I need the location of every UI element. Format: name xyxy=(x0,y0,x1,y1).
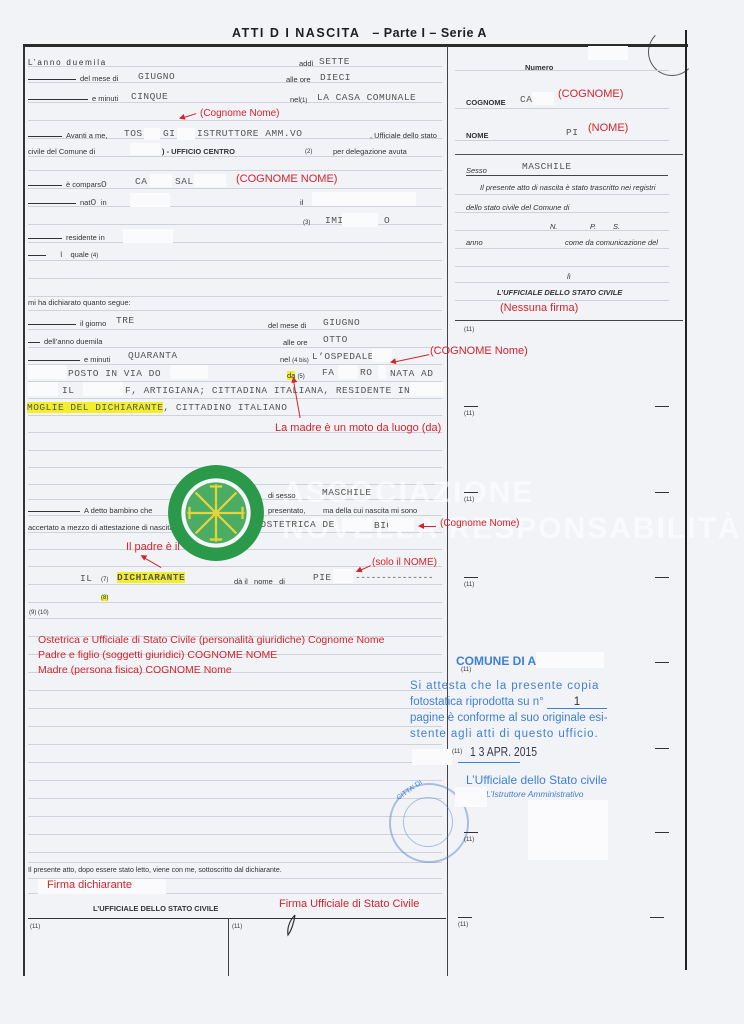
nel2-label: nel (4 bis) xyxy=(280,355,309,364)
li-label: lì xyxy=(567,272,571,281)
redaction xyxy=(177,128,195,140)
mark-11-right-8: (11) xyxy=(458,922,468,928)
redaction xyxy=(410,382,444,396)
round-stamp-top-right xyxy=(648,28,696,76)
form-line xyxy=(28,690,442,691)
annotation-padre: Il padre è il xyxy=(126,541,180,553)
annotation-note-1: Ostetrica e Ufficiale di Stato Civile (p… xyxy=(38,634,384,646)
mark3-value-2: O xyxy=(384,215,390,226)
mark-8: (8) xyxy=(101,595,108,601)
dichiarante-value: DICHIARANTE xyxy=(117,572,185,583)
annotation-arrow xyxy=(392,354,429,363)
stamp-date: 1 3 APR. 2015 xyxy=(470,744,537,759)
n-label: N. xyxy=(550,222,558,231)
form-line xyxy=(28,726,442,727)
quale-row: l quale (4) xyxy=(28,250,98,259)
posto-value: POSTO IN VIA DO xyxy=(68,368,161,379)
right-section-divider xyxy=(455,320,683,321)
form-line xyxy=(28,602,442,603)
form-line xyxy=(28,798,442,799)
stamp-line-4: stente agli atti di questo ufficio. xyxy=(410,728,599,740)
right-divider xyxy=(455,154,683,155)
dash-mark xyxy=(655,492,669,493)
nato-row: natO in xyxy=(28,197,107,208)
residente-row: residente in xyxy=(28,233,105,242)
form-line xyxy=(28,278,442,279)
form-line xyxy=(455,212,669,213)
cognome-label: COGNOME xyxy=(466,98,506,107)
redaction xyxy=(388,518,414,531)
nel-label: nel(1) xyxy=(290,95,307,104)
dash-mark xyxy=(655,662,669,663)
anno-right-label: anno xyxy=(466,238,483,247)
dash-mark xyxy=(655,577,669,578)
form-line xyxy=(28,296,442,297)
stamp-line-3: pagine è conforme al suo originale esi- xyxy=(410,712,608,724)
nome-value: PIE xyxy=(313,572,332,583)
annotation-cognome-nome-hospital: (COGNOME Nome) xyxy=(430,345,528,357)
form-line xyxy=(28,170,442,171)
form-line xyxy=(28,347,442,348)
annotation-cognome-nome-officer: (Cognome Nome) xyxy=(200,108,279,119)
redaction xyxy=(28,382,58,396)
dash-mark xyxy=(650,917,664,918)
form-line xyxy=(28,120,442,121)
signature-mark-icon xyxy=(284,913,298,937)
form-line xyxy=(28,744,442,745)
redaction xyxy=(532,92,554,105)
mese2-value: GIUGNO xyxy=(323,317,360,328)
mese-value: GIUGNO xyxy=(138,71,175,82)
redaction xyxy=(28,365,66,379)
mark-11-right-4: (11) xyxy=(464,582,474,588)
mark-3: (3) xyxy=(303,220,310,226)
comune-value: ) - UFFICIO CENTRO xyxy=(162,147,235,156)
form-line xyxy=(28,310,442,311)
annotation-nome: (NOME) xyxy=(588,122,628,134)
redaction xyxy=(378,365,386,379)
annotation-nessuna-firma: (Nessuna firma) xyxy=(500,302,578,314)
annotation-madre-da: La madre è un moto da luogo (da) xyxy=(275,422,441,434)
comune-mark: (2) xyxy=(305,149,312,155)
stato-civile-text: dello stato civile del Comune di xyxy=(466,203,569,212)
mark-11-right-2: (11) xyxy=(464,411,474,417)
p-label: P. xyxy=(590,222,596,231)
form-line xyxy=(455,70,669,71)
il3-value: IL xyxy=(80,573,92,584)
form-line xyxy=(28,398,442,399)
moglie-text: MOGLIE DEL DICHIARANTE, CITTADINO ITALIA… xyxy=(27,402,287,413)
addi-value: SETTE xyxy=(319,56,350,67)
ufficiale-label: , Ufficiale dello stato xyxy=(370,131,437,140)
nata-ad: NATA AD xyxy=(390,368,433,379)
form-line xyxy=(28,242,442,243)
dash-mark xyxy=(458,917,472,918)
delegazione-label: per delegazione avuta xyxy=(333,147,407,156)
avanti-row: Avanti a me, xyxy=(28,131,108,140)
madre-value-2: RO xyxy=(360,367,372,378)
form-line xyxy=(28,329,442,330)
mese2-label: del mese di xyxy=(268,321,306,330)
form-line xyxy=(455,266,669,267)
avanti-value-2: GI xyxy=(163,128,175,139)
bambino-row: A detto bambino che xyxy=(28,506,152,515)
signature-divider xyxy=(228,918,229,976)
redaction xyxy=(83,382,123,396)
form-line xyxy=(28,834,442,835)
mark-11-mid: (11) xyxy=(232,924,242,930)
comune-label: civile del Comune di xyxy=(28,147,95,156)
annotation-firma-ufficiale: Firma Ufficiale di Stato Civile xyxy=(279,898,419,910)
ufficiale-right-label: L’UFFICIALE DELLO STATO CIVILE xyxy=(497,288,622,297)
redaction xyxy=(312,192,416,206)
stamp-istruttore: L’Istruttore Amministrativo xyxy=(486,789,583,799)
sesso-right-value: MASCHILE xyxy=(522,161,572,172)
stamp-comune: COMUNE DI A xyxy=(456,654,536,668)
stamp-line-1: Si attesta che la presente copia xyxy=(410,680,599,692)
redaction xyxy=(455,787,487,807)
form-line xyxy=(455,108,669,109)
mese-row: del mese di xyxy=(28,74,118,83)
mark-11-right-1: (11) xyxy=(464,327,474,333)
redaction xyxy=(144,128,160,140)
ufficiale-bottom-label: L’UFFICIALE DELLO STATO CIVILE xyxy=(93,904,218,913)
title-main: ATTI D I NASCITA xyxy=(232,26,360,40)
redaction xyxy=(130,143,160,155)
il-label: il xyxy=(300,198,303,207)
annotation-solo-nome: (solo il NOME) xyxy=(372,557,437,568)
mark-9-10: (9) (10) xyxy=(29,610,49,616)
minuti-row: e minuti xyxy=(28,94,118,103)
dash-mark xyxy=(464,832,478,833)
avanti-value-3: ISTRUTTORE AMM.VO xyxy=(197,128,302,139)
form-line xyxy=(28,852,442,853)
minuti-value: CINQUE xyxy=(131,91,168,102)
redaction xyxy=(130,193,170,207)
presentato-label: presentato, xyxy=(268,506,306,515)
mark-11-right-6: (11) xyxy=(452,749,462,755)
presente-atto-text: Il presente atto, dopo essere stato lett… xyxy=(28,867,282,874)
annotation-note-2: Padre e figlio (soggetti giuridici) COGN… xyxy=(38,649,277,661)
dash-mark xyxy=(464,406,478,407)
frame-right-border xyxy=(685,30,687,970)
annotation-firma-dichiarante: Firma dichiarante xyxy=(47,879,132,891)
annotation-cognome-nome-comparso: (COGNOME NOME) xyxy=(236,173,337,185)
ore-value: DIECI xyxy=(320,72,351,83)
redaction xyxy=(412,749,452,765)
form-line xyxy=(455,230,669,231)
mark-7: (7) xyxy=(101,577,108,583)
stamp-date-underline xyxy=(458,762,520,763)
mark-11-right-3: (11) xyxy=(464,497,474,503)
ore2-label: alle ore xyxy=(283,338,308,347)
comparso-value-2: SAL xyxy=(175,176,194,187)
form-line xyxy=(28,450,442,451)
minuti2-value: QUARANTA xyxy=(128,350,178,361)
s-label: S. xyxy=(613,222,620,231)
sesso-label: di sesso xyxy=(268,491,296,500)
mark-11-right-7: (11) xyxy=(464,837,474,843)
sesso-underline xyxy=(466,175,668,176)
form-line xyxy=(28,415,442,416)
form-line xyxy=(28,780,442,781)
birth-certificate-page: ATTI D I NASCITA – Parte I – Serie A L’a… xyxy=(0,0,744,1024)
il2-value: IL xyxy=(62,385,74,396)
green-seal-icon xyxy=(165,462,267,564)
stamp-line-2: fotostatica riprodotta su n° 1 xyxy=(410,696,607,709)
form-line xyxy=(455,282,669,283)
accertato-label: accertato a mezzo di attestazione di nas… xyxy=(28,523,174,532)
artigiana-text: F, ARTIGIANA; CITTADINA ITALIANA, RESIDE… xyxy=(125,385,423,396)
addi-label: addì xyxy=(299,59,314,68)
nel2-value: L’OSPEDALE xyxy=(312,351,374,362)
annotation-arrow xyxy=(181,113,197,119)
annotation-cognome-nome-ostetrica: (Cognome Nome) xyxy=(440,518,519,529)
form-line xyxy=(28,224,442,225)
redaction xyxy=(170,365,208,379)
nome-filler-dashes: --------------- xyxy=(355,572,433,583)
form-line xyxy=(455,194,669,195)
mark3-value-1: IMI xyxy=(325,215,344,226)
form-line xyxy=(28,816,442,817)
form-line xyxy=(28,618,442,619)
madre-value-1: FA xyxy=(322,367,334,378)
avanti-value-1: TOS xyxy=(124,128,143,139)
redaction xyxy=(333,569,353,583)
sesso-right-label: Sesso xyxy=(466,166,487,175)
form-line xyxy=(455,248,669,249)
form-line xyxy=(455,300,669,301)
comparso-row: è comparsO xyxy=(28,179,107,190)
dash-mark xyxy=(655,832,669,833)
anno2-row: dell’anno duemila xyxy=(28,337,102,346)
giorno-value: TRE xyxy=(116,315,135,326)
nome-label: NOME xyxy=(466,131,489,140)
redaction xyxy=(150,174,172,187)
form-line xyxy=(28,260,442,261)
dash-mark xyxy=(655,748,669,749)
dash-mark xyxy=(464,577,478,578)
come-da-text: come da comunicazione del xyxy=(565,238,658,247)
dash-mark xyxy=(464,492,478,493)
redaction xyxy=(528,800,608,860)
nascita-sono-label: ma della cui nascita mi sono xyxy=(323,506,417,515)
anno-label: L’anno duemila xyxy=(28,58,107,67)
trascritto-text: Il presente atto di nascita è stato tras… xyxy=(480,183,656,192)
mark-11-left: (11) xyxy=(30,924,40,930)
form-line xyxy=(28,708,442,709)
comparso-value-1: CA xyxy=(135,176,147,187)
redaction xyxy=(342,518,372,531)
redaction xyxy=(123,229,173,243)
dichiarato-label: mi ha dichiarato quanto segue: xyxy=(28,298,131,307)
cognome-value: CA xyxy=(520,94,532,105)
form-line xyxy=(28,862,442,863)
frame-left-border xyxy=(23,46,25,976)
form-line xyxy=(28,156,442,157)
title-part: – Parte I – Serie A xyxy=(372,26,487,40)
form-line xyxy=(455,140,669,141)
redaction xyxy=(536,652,604,668)
annotation-arrow xyxy=(420,526,436,527)
signature-baseline xyxy=(28,918,446,919)
dash-mark xyxy=(655,406,669,407)
watermark-line-1: ASSOCIAZIONE xyxy=(282,476,534,510)
form-line xyxy=(28,762,442,763)
stamp-ufficiale: L’Ufficiale dello Stato civile xyxy=(466,773,607,787)
dail-label: dà il nome di xyxy=(234,577,285,586)
annotation-cognome: (COGNOME) xyxy=(558,88,623,100)
minuti2-row: e minuti xyxy=(28,355,110,364)
ore2-value: OTTO xyxy=(323,334,348,345)
document-title: ATTI D I NASCITA – Parte I – Serie A xyxy=(232,26,487,40)
redaction xyxy=(194,174,226,187)
giorno-row: il giorno xyxy=(28,319,106,328)
ore-label: alle ore xyxy=(286,75,311,84)
annotation-note-3: Madre (persona fisica) COGNOME Nome xyxy=(38,664,232,676)
nel-value: LA CASA COMUNALE xyxy=(317,92,416,103)
sesso-value: MASCHILE xyxy=(322,487,372,498)
redaction xyxy=(588,46,628,60)
numero-label: Numero xyxy=(525,63,553,72)
redaction xyxy=(342,213,378,227)
redaction xyxy=(338,365,358,379)
nome-value-right: PI xyxy=(566,127,578,138)
